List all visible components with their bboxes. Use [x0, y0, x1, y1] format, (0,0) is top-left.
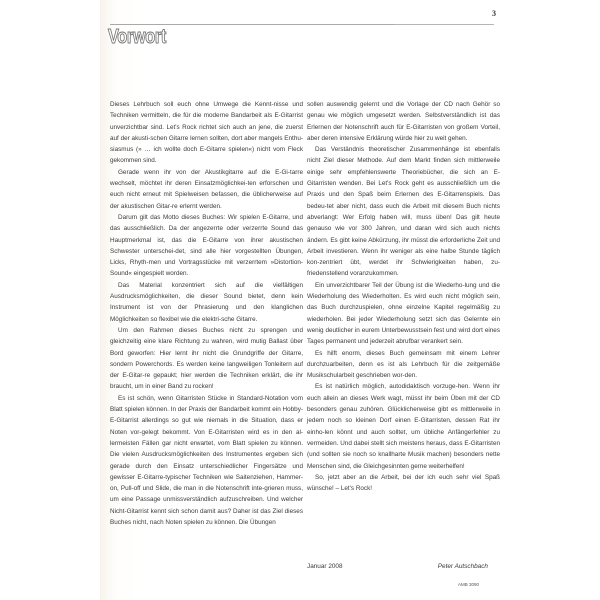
paragraph: Es ist natürlich möglich, autodidaktisch…: [307, 381, 500, 471]
paragraph: Es ist schön, wenn Gitarristen Stücke in…: [110, 393, 303, 529]
header-rule-extension: [394, 24, 494, 25]
paragraph: Darum gilt das Motto dieses Buches: Wir …: [110, 212, 303, 280]
paragraph: Gerade wenn ihr von der Akustikgitarre a…: [110, 167, 303, 212]
left-text-column: Dieses Lehrbuch soll euch ohne Umwege di…: [110, 99, 303, 528]
signature-line: Januar 2008 Peter Autschbach: [307, 563, 500, 570]
paragraph: Ein unverzichtbarer Teil der Übung ist d…: [307, 280, 500, 348]
signature-date: Januar 2008: [307, 563, 343, 570]
paragraph: sollen auswendig gelernt und die Vorlage…: [307, 99, 500, 144]
right-text-column: sollen auswendig gelernt und die Vorlage…: [307, 99, 500, 494]
paragraph: Dieses Lehrbuch soll euch ohne Umwege di…: [110, 99, 303, 167]
paragraph: So, jetzt aber an die Arbeit, bei der ic…: [307, 472, 500, 495]
paragraph: Das Material konzentriert sich auf die v…: [110, 280, 303, 325]
signature-author: Peter Autschbach: [438, 563, 488, 570]
paragraph: Das Verständnis theoretischer Zusammenhä…: [307, 144, 500, 280]
footer-catalog-code: AMB 3090: [458, 582, 479, 587]
paragraph: Es hilft enorm, dieses Buch gemeinsam mi…: [307, 348, 500, 382]
page-title: Vorwort: [108, 26, 166, 49]
page-number: 3: [492, 9, 496, 18]
paragraph: Um den Rahmen dieses Buches nicht zu spr…: [110, 325, 303, 393]
header-rule: [110, 24, 394, 25]
